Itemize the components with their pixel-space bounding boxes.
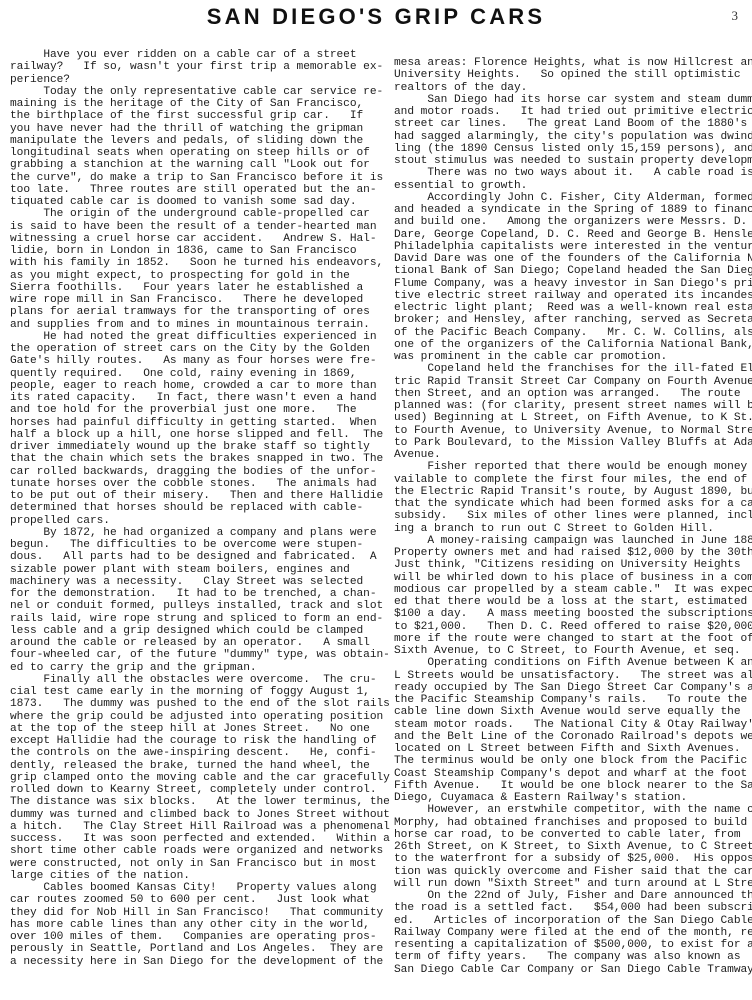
text-line: they did for Nob Hill in San Francisco! … [10,907,365,919]
text-line: grabbing a stanchion at the warning call… [10,159,365,171]
text-line: Gate's hilly routes. As many as four hor… [10,355,365,367]
text-line: quently required. One cold, rainy evenin… [10,368,365,380]
text-line: Coast Steamship Company's depot and whar… [394,768,744,780]
text-line: begun. The difficulties to be overcome w… [10,539,365,551]
text-line: large cities of the nation. [10,870,365,882]
text-line: horses had painful difficulty in getting… [10,417,365,429]
text-line: 26th Street, on K Street, to Sixth Avenu… [394,841,744,853]
text-line: ling (the 1890 Census listed only 15,159… [394,143,744,155]
text-line: short time other cable roads were organi… [10,845,365,857]
text-line: Property owners met and had raised $12,0… [394,547,744,559]
text-line: railway? If so, wasn't your first trip a… [10,61,365,73]
text-line: ready occupied by The San Diego Street C… [394,682,744,694]
text-line: rails laid, wire rope strung and spliced… [10,613,365,625]
text-line: the curve", do make a trip to San Franci… [10,172,365,184]
text-line: has more cable lines than any other city… [10,919,365,931]
text-line: tunate horses over the cobble stones. Th… [10,478,365,490]
text-line: Railway Company were filed at the end of… [394,927,744,939]
text-line: However, an erstwhile competitor, with t… [394,804,744,816]
text-line: realtors of the day. [394,82,744,94]
text-line: determined that horses should be replace… [10,502,365,514]
text-line: and the Belt Line of the Coronado Railro… [394,731,744,743]
page-number: 3 [732,8,739,24]
text-line: four-wheeled car, of the future "dummy" … [10,649,365,661]
text-line: Dare, George Copeland, D. C. Reed and Ge… [394,229,744,241]
text-line: the operation of street cars on the City… [10,343,365,355]
text-line: car routes zoomed 50 to 600 per cent. Ju… [10,894,365,906]
text-line: to Park Boulevard, to the Mission Valley… [394,437,744,449]
text-line: one of the organizers of the California … [394,339,744,351]
text-line: driver immediately wound up the brake st… [10,441,365,453]
text-line: except Hallidie had the courage to risk … [10,735,365,747]
text-line: success. It was soon perfected and exten… [10,833,365,845]
text-line: Sierra foothills. Four years later he es… [10,282,365,294]
right-column: mesa areas: Florence Heights, what is no… [394,57,744,976]
text-line: located on L Street between Fifth and Si… [394,743,744,755]
text-line: around the cable or released by an opera… [10,637,365,649]
text-line: The terminus would be only one block fro… [394,755,744,767]
text-line: dummy was turned and climbed back to Jon… [10,809,365,821]
text-line: Just think, "Citizens residing on Univer… [394,559,744,571]
text-line: ing a branch to run out C Street to Gold… [394,523,744,535]
text-line: car rolled backwards, dragging the bodie… [10,466,365,478]
text-line: machinery was a necessity. Clay Street w… [10,576,365,588]
text-line: The origin of the underground cable-prop… [10,208,365,220]
text-line: to Fourth Avenue, to University Avenue, … [394,425,744,437]
text-line: stout stimulus was needed to sustain pro… [394,155,744,167]
text-line: nel or conduit formed, pulleys installed… [10,600,365,612]
text-line: the birthplace of the first successful g… [10,110,365,122]
text-line: There was no two ways about it. A cable … [394,167,744,179]
text-line: a hitch. The Clay Street Hill Railroad w… [10,821,365,833]
text-line: half a block up a hill, one horse slippe… [10,429,365,441]
text-line: and supplies from and to mines in mounta… [10,319,365,331]
text-line: the Pacific Steamship Company's rails. T… [394,694,744,706]
text-line: and build one. Among the organizers were… [394,216,744,228]
text-line: that the syndicate which had been formed… [394,498,744,510]
text-line: San Diego had its horse car system and s… [394,94,744,106]
text-line: less cable and a grip designed which cou… [10,625,365,637]
text-line: San Diego Cable Car Company or San Diego… [394,964,744,976]
text-line: is said to have been the result of a ten… [10,221,365,233]
text-line: ed to carry the grip and the gripman. [10,662,365,674]
text-line: that the chain which sets the brakes sna… [10,453,365,465]
text-line: lidie, born in London in 1836, came to S… [10,245,365,257]
text-line: too late. Three routes are still operate… [10,184,365,196]
text-line: was prominent in the cable car promotion… [394,351,744,363]
text-line: had sagged alarmingly, the city's popula… [394,131,744,143]
text-line: Avenue. [394,449,744,461]
text-line: Flume Company, was a heavy investor in S… [394,278,744,290]
text-line: cable line down Sixth Avenue would serve… [394,706,744,718]
text-line: street car lines. The great Land Boom of… [394,118,744,130]
text-line: subsidy. Six miles of other lines were p… [394,510,744,522]
text-line: then Street, and an option was arranged.… [394,388,744,400]
text-line: perience? [10,74,365,86]
text-line: Fifth Avenue. It would be one block near… [394,780,744,792]
text-line: longitudinal seats when operating on ste… [10,147,365,159]
text-line: for the demonstration. It had to be tren… [10,588,365,600]
text-line: grip clamped onto the moving cable and t… [10,772,365,784]
text-line: Copeland held the franchises for the ill… [394,363,744,375]
text-line: will run down "Sixth Street" and turn ar… [394,878,744,890]
text-line: 1873. The dummy was pushed to the end of… [10,698,365,710]
text-line: David Dare was one of the founders of th… [394,253,744,265]
text-line: Morphy, had obtained franchises and prop… [394,817,744,829]
text-line: electric light plant; Reed was a well-kn… [394,302,744,314]
text-line: Diego, Cuyamaca & Eastern Railway's stat… [394,792,744,804]
text-line: Finally all the obstacles were overcome.… [10,674,365,686]
text-line: were constructed, not only in San Franci… [10,858,365,870]
text-line: and headed a syndicate in the Spring of … [394,204,744,216]
text-line: over 100 miles of them. Companies are op… [10,931,365,943]
text-line: tiquated cable car is doomed to vanish s… [10,196,365,208]
text-line: vailable to complete the first four mile… [394,474,744,486]
text-line: and motor roads. It had tried out primit… [394,106,744,118]
text-line: Have you ever ridden on a cable car of a… [10,49,365,61]
text-line: and toe hold for the proverbial just one… [10,404,365,416]
text-line: propelled cars. [10,515,365,527]
text-line: with his family in 1852. Soon he turned … [10,257,365,269]
text-line: ed that there would be a loss at the sta… [394,596,744,608]
text-line: modious car propelled by a steam cable."… [394,584,744,596]
text-line: its rated capacity. In fact, there wasn'… [10,392,365,404]
text-line: steam motor roads. The National City & O… [394,719,744,731]
text-line: He had noted the great difficulties expe… [10,331,365,343]
text-line: where the grip could be adjusted into op… [10,711,365,723]
text-line: On the 22nd of July, Fisher and Dare ann… [394,890,744,902]
text-line: used) Beginning at L Street, on Fifth Av… [394,412,744,424]
text-line: Sixth Avenue, to C Street, to Fourth Ave… [394,645,744,657]
text-line: tric Rapid Transit Street Car Company on… [394,376,744,388]
text-line: $100 a day. A mass meeting boosted the s… [394,608,744,620]
page-header: SAN DIEGO'S GRIP CARS 3 [0,0,752,36]
text-line: Fisher reported that there would be enou… [394,461,744,473]
page-title: SAN DIEGO'S GRIP CARS [0,4,752,30]
text-line: tion was quickly overcome and Fisher sai… [394,866,744,878]
text-line: term of fifty years. The company was als… [394,951,744,963]
text-line: maining is the heritage of the City of S… [10,98,365,110]
text-line: Today the only representative cable car … [10,86,365,98]
text-line: By 1872, he had organized a company and … [10,527,365,539]
text-line: L Streets would be unsatisfactory. The s… [394,670,744,682]
text-line: planned was: (for clarity, present stree… [394,400,744,412]
text-line: tive electric street railway and operate… [394,290,744,302]
text-line: more if the route were changed to start … [394,633,744,645]
text-line: cial test came early in the morning of f… [10,686,365,698]
text-line: people, eager to reach home, crowded a c… [10,380,365,392]
text-line: The distance was six blocks. At the lowe… [10,796,365,808]
left-column: Have you ever ridden on a cable car of a… [10,49,365,968]
text-line: broker; and Hensley, after ranching, ser… [394,314,744,326]
text-line: ed. Articles of incorporation of the San… [394,915,744,927]
text-line: resenting a capitalization of $500,000, … [394,939,744,951]
text-line: the controls on the awe-inspiring descen… [10,747,365,759]
text-line: to $21,000. Then D. C. Reed offered to r… [394,621,744,633]
text-line: will be whirled down to his place of bus… [394,572,744,584]
text-line: manipulate the levers and pedals, of sli… [10,135,365,147]
text-line: the road is a settled fact. $54,000 had … [394,902,744,914]
text-line: you have never had the thrill of watchin… [10,123,365,135]
text-line: to be put out of their misery. Then and … [10,490,365,502]
text-line: Operating conditions on Fifth Avenue bet… [394,657,744,669]
text-line: mesa areas: Florence Heights, what is no… [394,57,744,69]
text-line: as you might expect, to prospecting for … [10,270,365,282]
text-line: University Heights. So opined the still … [394,69,744,81]
text-line: tional Bank of San Diego; Copeland heade… [394,265,744,277]
text-line: witnessing a cruel horse car accident. A… [10,233,365,245]
text-line: horse car road, to be converted to cable… [394,829,744,841]
text-line: Accordingly John C. Fisher, City Alderma… [394,192,744,204]
text-line: essential to growth. [394,180,744,192]
text-line: at the top of the steep hill at Jones St… [10,723,365,735]
text-line: of the Pacific Beach Company. Mr. C. W. … [394,327,744,339]
text-line: wire rope mill in San Francisco. There h… [10,294,365,306]
text-line: dently, released the brake, turned the h… [10,760,365,772]
text-line: plans for aerial tramways for the transp… [10,306,365,318]
text-line: a necessity here in San Diego for the de… [10,956,365,968]
text-line: A money-raising campaign was launched in… [394,535,744,547]
text-line: to the waterfront for a subsidy of $25,0… [394,853,744,865]
text-line: perously in Seattle, Portland and Los An… [10,943,365,955]
text-line: Philadelphia capitalists were interested… [394,241,744,253]
text-line: dous. All parts had to be designed and f… [10,551,365,563]
text-line: Cables boomed Kansas City! Property valu… [10,882,365,894]
text-line: sizable power plant with steam boilers, … [10,564,365,576]
text-line: the Electric Rapid Transit's route, by A… [394,486,744,498]
text-line: rolled down to Kearny Street, completely… [10,784,365,796]
